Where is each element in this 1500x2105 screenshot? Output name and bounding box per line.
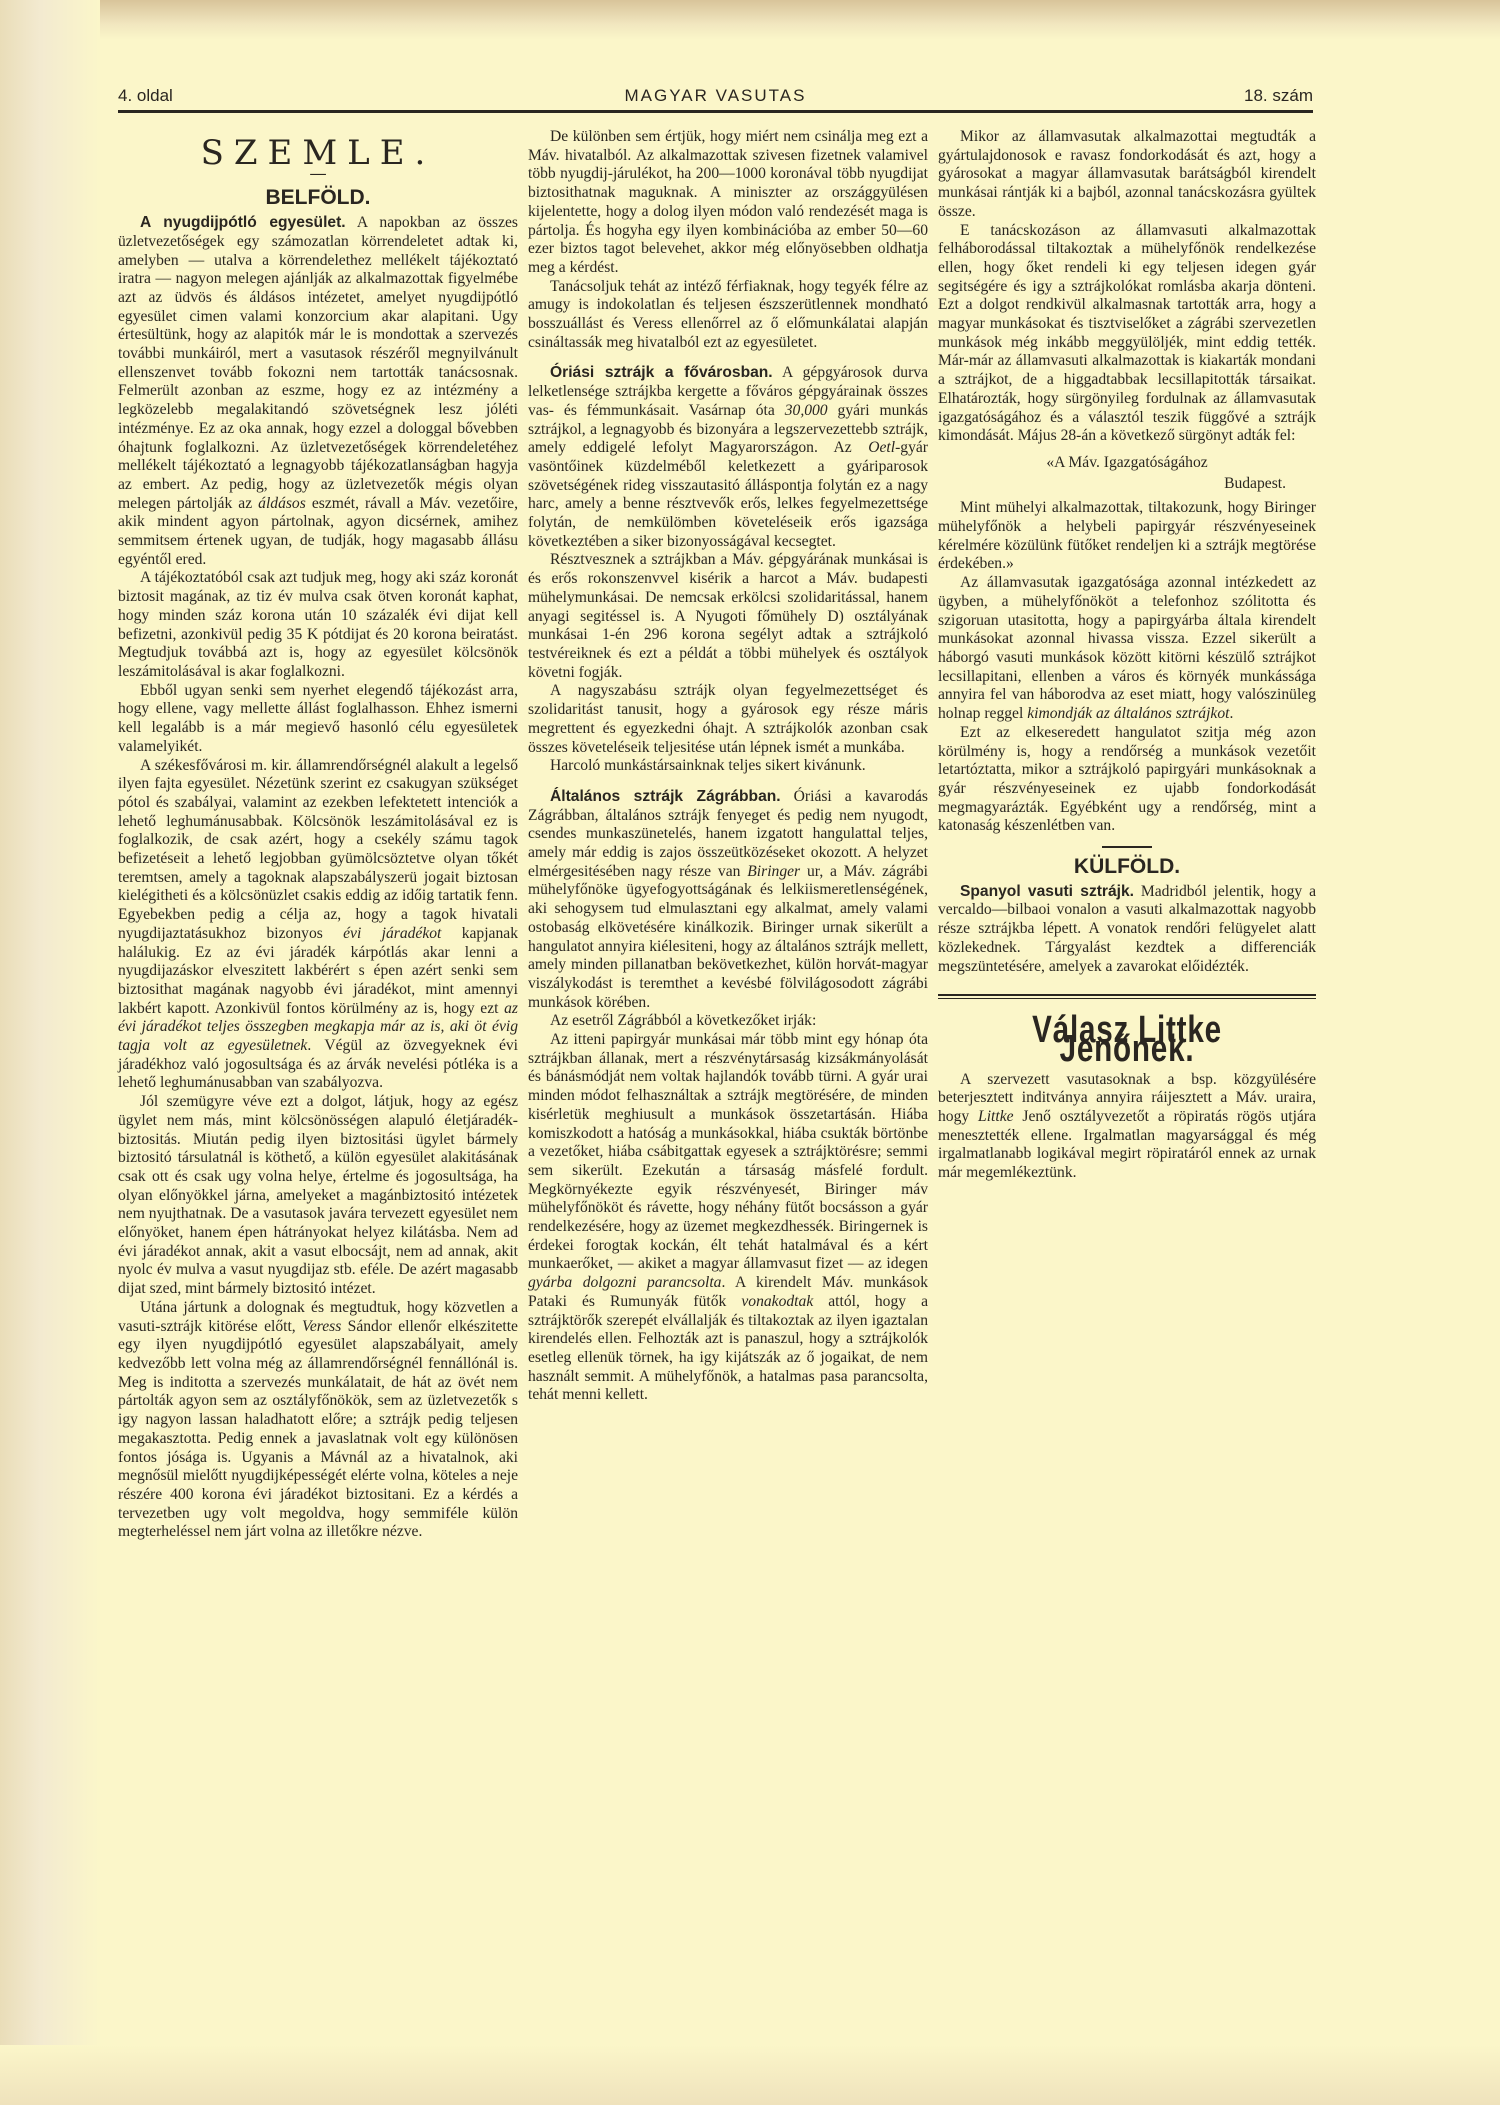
issue-number: 18. szám bbox=[1244, 86, 1313, 106]
telegram-body: Mint mühelyi alkalmazottak, tiltakozunk,… bbox=[938, 499, 1316, 574]
paragraph: Az itteni papirgyár munkásai már több mi… bbox=[528, 1031, 928, 1405]
paragraph: De különben sem értjük, hogy miért nem c… bbox=[528, 128, 928, 278]
article-spanyol-sztrajk: Spanyol vasuti sztrájk. Madridból jelent… bbox=[938, 883, 1316, 977]
paragraph: A tájékoztatóból csak azt tudjuk meg, ho… bbox=[118, 569, 518, 681]
column-2: De különben sem értjük, hogy miért nem c… bbox=[528, 128, 928, 1405]
article-nyugdijpotlo: A nyugdijpótló egyesület. A napokban az … bbox=[118, 214, 518, 1542]
paragraph: Általános sztrájk Zágrábban. Óriási a ka… bbox=[528, 788, 928, 1012]
publication-title: MAGYAR VASUTAS bbox=[118, 86, 1313, 106]
article-oriasi-sztrajk: Óriási sztrájk a fővárosban. A gépgyáros… bbox=[528, 364, 928, 775]
page-edge-top bbox=[0, 0, 1500, 40]
paragraph: Utána jártunk a dolognak és megtudtuk, h… bbox=[118, 1299, 518, 1542]
article-altalanos-sztrajk: Általános sztrájk Zágrábban. Óriási a ka… bbox=[528, 788, 928, 1405]
masthead-rule bbox=[118, 110, 1313, 113]
title-divider: — bbox=[118, 165, 518, 184]
paragraph: A székesfővárosi m. kir. államrendőrségn… bbox=[118, 757, 518, 1094]
paragraph: Az esetről Zágrábból a következőket irjá… bbox=[528, 1012, 928, 1031]
paragraph: A nyugdijpótló egyesület. A napokban az … bbox=[118, 214, 518, 569]
paragraph: Harcoló munkástársainknak teljes sikert … bbox=[528, 757, 928, 776]
article-valasz: A szervezett vasutasoknak a bsp. közgyül… bbox=[938, 1071, 1316, 1183]
short-divider bbox=[1102, 846, 1152, 848]
subhead-belfold: BELFÖLD. bbox=[118, 189, 518, 208]
article-lead: A nyugdijpótló egyesület. bbox=[140, 214, 346, 231]
telegram-city: Budapest. bbox=[938, 475, 1286, 494]
page-edge-bottom bbox=[0, 2045, 1500, 2105]
paragraph: A szervezett vasutasoknak a bsp. közgyül… bbox=[938, 1071, 1316, 1183]
masthead: 4. oldal MAGYAR VASUTAS 18. szám bbox=[118, 80, 1313, 112]
double-divider bbox=[938, 994, 1316, 999]
paragraph: Óriási sztrájk a fővárosban. A gépgyáros… bbox=[528, 364, 928, 551]
paragraph: Jól szemügyre véve ezt a dolgot, látjuk,… bbox=[118, 1093, 518, 1299]
paragraph: Tanácsoljuk tehát az intéző férfiaknak, … bbox=[528, 278, 928, 353]
paragraph: Ezt az elkeseredett hangulatot szitja mé… bbox=[938, 724, 1316, 836]
paragraph: Ebből ugyan senki sem nyerhet elegendő t… bbox=[118, 682, 518, 757]
paragraph: Mikor az államvasutak alkalmazottai megt… bbox=[938, 128, 1316, 222]
telegram-address: «A Máv. Igazgatóságához bbox=[938, 454, 1316, 473]
page-edge-left bbox=[0, 0, 100, 2105]
paragraph: Az államvasutak igazgatósága azonnal int… bbox=[938, 574, 1316, 724]
column-3: Mikor az államvasutak alkalmazottai megt… bbox=[938, 128, 1316, 1183]
article-title-valasz: Válasz Littke Jenőnek. bbox=[980, 1021, 1275, 1058]
section-title-szemle: SZEMLE. bbox=[118, 144, 518, 163]
subhead-kulfold: KÜLFÖLD. bbox=[938, 858, 1316, 877]
column-1: SZEMLE. — BELFÖLD. A nyugdijpótló egyesü… bbox=[118, 128, 518, 1542]
article-lead: Spanyol vasuti sztrájk. bbox=[960, 883, 1134, 900]
paragraph: E tanácskozáson az államvasuti alkalmazo… bbox=[938, 222, 1316, 446]
paragraph: Résztvesznek a sztrájkban a Máv. gépgyár… bbox=[528, 551, 928, 682]
article-lead: Általános sztrájk Zágrábban. bbox=[550, 788, 781, 805]
paragraph: Spanyol vasuti sztrájk. Madridból jelent… bbox=[938, 883, 1316, 977]
article-lead: Óriási sztrájk a fővárosban. bbox=[550, 364, 773, 381]
paragraph: A nagyszabásu sztrájk olyan fegyelmezett… bbox=[528, 682, 928, 757]
